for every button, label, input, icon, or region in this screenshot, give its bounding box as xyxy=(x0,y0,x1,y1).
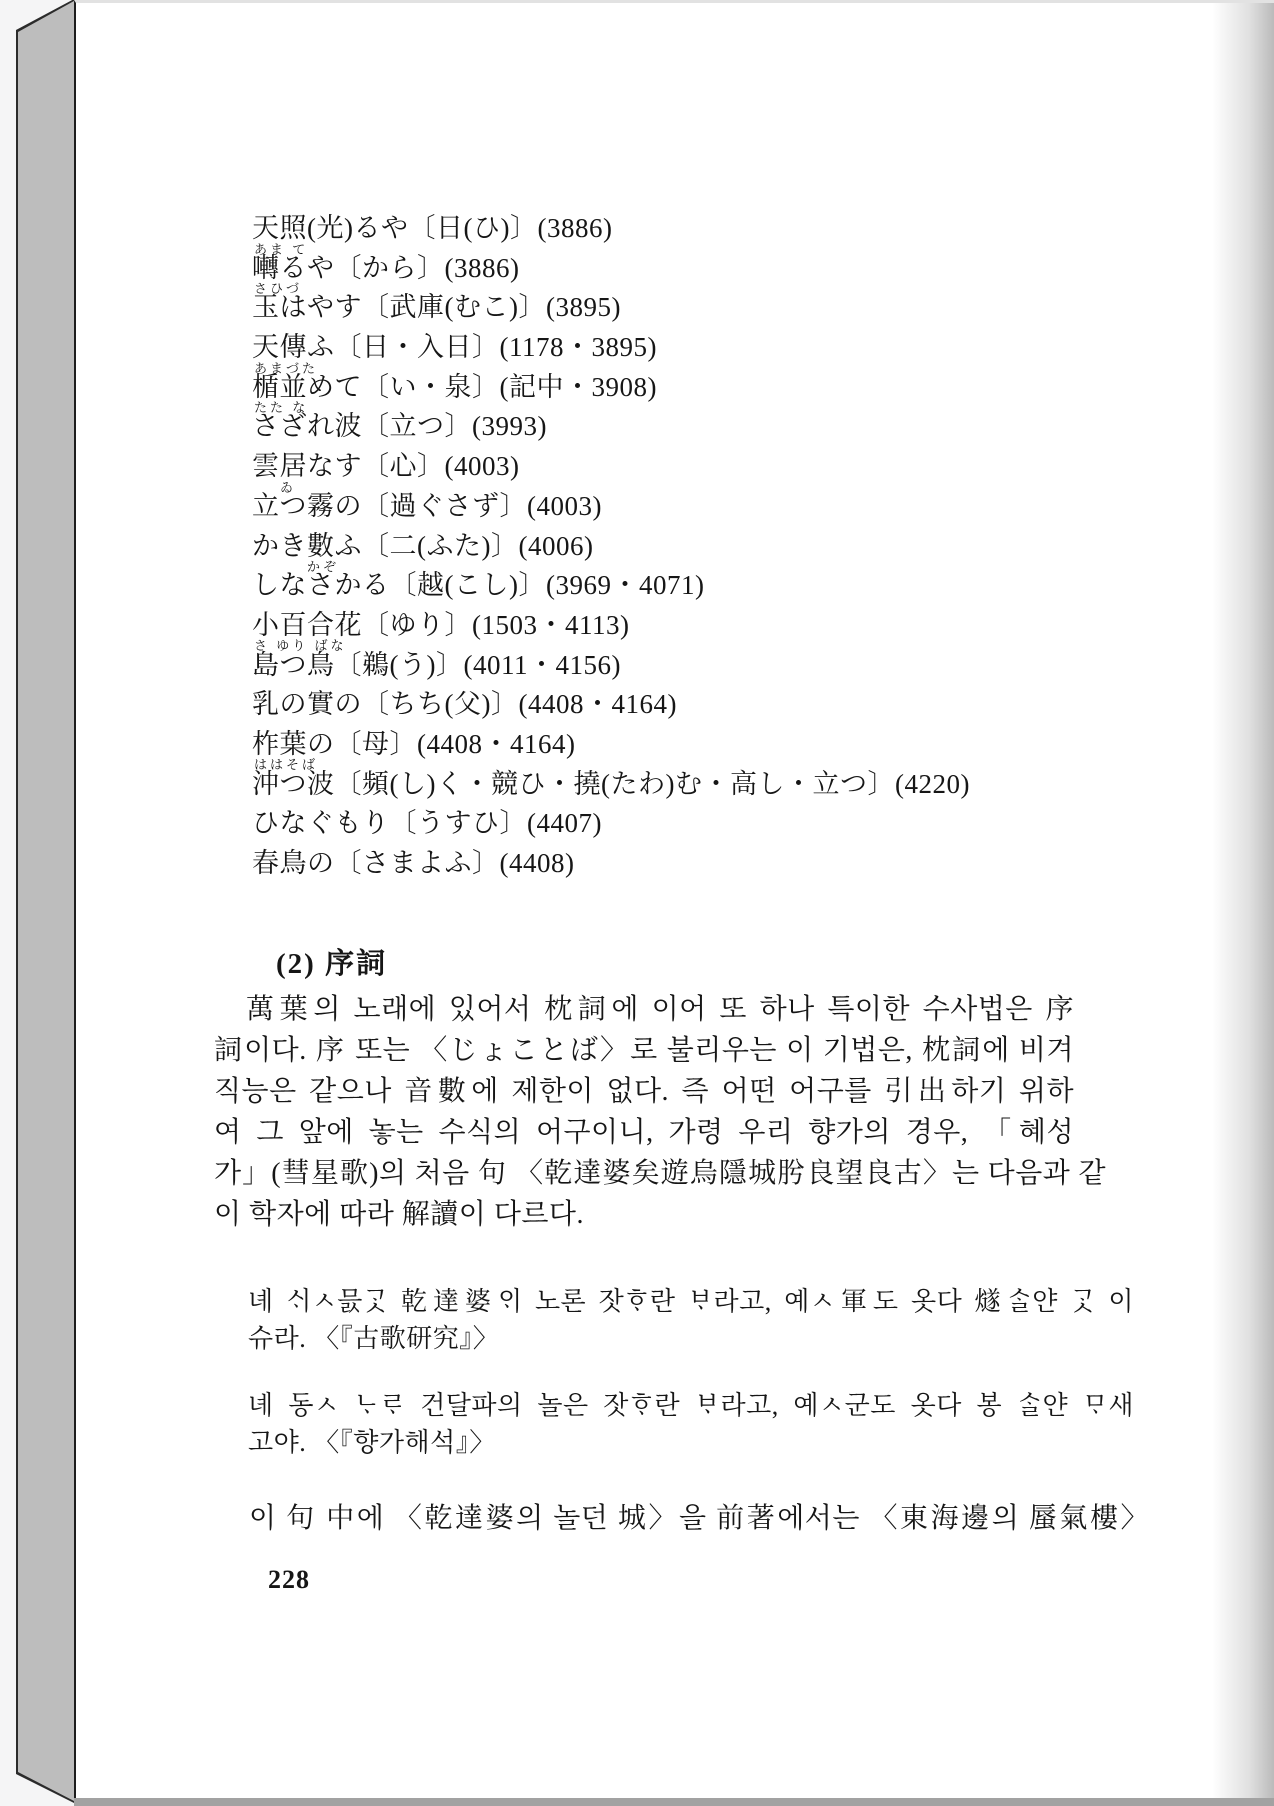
makurakotoba-entry: しなさかる〔越(こし)〕(3969・4071) xyxy=(252,572,970,612)
makurakotoba-entry: 乳の實の〔ちち(父)〕(4408・4164) xyxy=(252,691,970,731)
body-line: 詞이다. 序 또는 〈じょことば〉로 불리우는 이 기법은, 枕詞에 비겨 xyxy=(214,1030,1074,1071)
entry-text: 小百合花〔ゆり〕(1503・4113) xyxy=(252,610,629,640)
book-page-edge xyxy=(18,1,74,1801)
entry-text: かき數ふ〔二(ふた)〕(4006) xyxy=(252,531,593,561)
body-line: 직능은 같으나 音數에 제한이 없다. 즉 어떤 어구를 引出하기 위하 xyxy=(214,1071,1074,1112)
entry-text: 囀るや〔から〕(3886) xyxy=(252,253,519,283)
body-line: 萬葉의 노래에 있어서 枕詞에 이어 또 하나 특이한 수사법은 序 xyxy=(214,989,1074,1030)
scanned-book-page: 天照(光)るや〔日(ひ)〕(3886) あま て 囀るや〔から〕(3886) さ… xyxy=(74,0,1274,1798)
entry-text: しなさかる〔越(こし)〕(3969・4071) xyxy=(252,570,704,600)
makurakotoba-entry: 玉はやす〔武庫(むこ)〕(3895) xyxy=(252,294,970,334)
quote-line: 고야. 〈『향가해석』〉 xyxy=(248,1424,1134,1461)
entry-text: 玉はやす〔武庫(むこ)〕(3895) xyxy=(252,292,621,322)
entry-text: 春鳥の〔さまよふ〕(4408) xyxy=(252,848,574,878)
page-right-edge-shade xyxy=(1212,3,1274,1798)
page-bottom-edge xyxy=(74,1798,1274,1806)
makurakotoba-list: 天照(光)るや〔日(ひ)〕(3886) あま て 囀るや〔から〕(3886) さ… xyxy=(252,215,970,890)
entry-text: 立つ霧の〔過ぐさず〕(4003) xyxy=(252,491,602,521)
entry-text: 乳の實の〔ちち(父)〕(4408・4164) xyxy=(252,689,677,719)
entry-text: 柞葉の〔母〕(4408・4164) xyxy=(252,729,575,759)
body-line: 이 학자에 따라 解讀이 다르다. xyxy=(214,1194,1074,1235)
makurakotoba-entry: かき數ふ〔二(ふた)〕(4006) かぞ xyxy=(252,533,970,573)
body-line: 여 그 앞에 놓는 수식의 어구이니, 가령 우리 향가의 경우, 「혜성 xyxy=(214,1112,1074,1153)
closing-line: 이 句 中에 〈乾達婆의 놀던 城〉을 前著에서는 〈東海邊의 蜃氣樓〉 xyxy=(249,1499,1149,1539)
page-number: 228 xyxy=(268,1565,310,1595)
quote-hyanggahaeseok: 녜 동ㅅ ᄂᆞᄅᆞ 건달파의 놀은 잣ᄒᆞ란 ᄇᆞ라고, 예ㅅ군도 옷다 봉 ᄉ… xyxy=(248,1387,1134,1461)
makurakotoba-entry: 沖つ波〔頻(し)く・競ひ・撓(たわ)む・高し・立つ〕(4220) xyxy=(252,771,970,811)
makurakotoba-entry: 柞葉の〔母〕(4408・4164) ははそば xyxy=(252,731,970,771)
makurakotoba-entry: ひなぐもり〔うすひ〕(4407) xyxy=(252,810,970,850)
makurakotoba-entry: 立つ霧の〔過ぐさず〕(4003) xyxy=(252,493,970,533)
makurakotoba-entry: 雲居なす〔心〕(4003) ゐ xyxy=(252,453,970,493)
makurakotoba-entry: 楯並めて〔い・泉〕(記中・3908) たた な xyxy=(252,374,970,414)
entry-text: 雲居なす〔心〕(4003) xyxy=(252,451,519,481)
makurakotoba-entry: さざれ波〔立つ〕(3993) xyxy=(252,413,970,453)
makurakotoba-entry: 天傳ふ〔日・入日〕(1178・3895) あまづた xyxy=(252,334,970,374)
makurakotoba-entry: 小百合花〔ゆり〕(1503・4113) さ ゆり ばな xyxy=(252,612,970,652)
entry-text: 沖つ波〔頻(し)く・競ひ・撓(たわ)む・高し・立つ〕(4220) xyxy=(252,769,970,799)
entry-text: 楯並めて〔い・泉〕(記中・3908) xyxy=(252,372,657,402)
quote-line: 녜 ᄉᆡㅅ믌ᄀᆞᆺ 乾達婆ᄋᆡ 노론 잣ᄒᆞ란 ᄇᆞ라고, 예ㅅ軍도 옷다 燧ᄉ… xyxy=(248,1283,1134,1320)
entry-text: 島つ鳥〔鵜(う)〕(4011・4156) xyxy=(252,650,621,680)
entry-text: 天傳ふ〔日・入日〕(1178・3895) xyxy=(252,332,657,362)
makurakotoba-entry: 囀るや〔から〕(3886) さひづ xyxy=(252,255,970,295)
body-paragraph: 萬葉의 노래에 있어서 枕詞에 이어 또 하나 특이한 수사법은 序 詞이다. … xyxy=(214,989,1074,1235)
entry-text: さざれ波〔立つ〕(3993) xyxy=(252,411,547,441)
section-heading: (2) 序詞 xyxy=(276,941,387,982)
quote-line: 녜 동ㅅ ᄂᆞᄅᆞ 건달파의 놀은 잣ᄒᆞ란 ᄇᆞ라고, 예ㅅ군도 옷다 봉 ᄉ… xyxy=(248,1387,1134,1424)
entry-text: ひなぐもり〔うすひ〕(4407) xyxy=(252,808,602,838)
makurakotoba-entry: 島つ鳥〔鵜(う)〕(4011・4156) xyxy=(252,652,970,692)
body-line: 가」(彗星歌)의 처음 句 〈乾達婆矣遊烏隱城肹良望良古〉는 다음과 같 xyxy=(214,1153,1106,1194)
makurakotoba-entry: 天照(光)るや〔日(ひ)〕(3886) あま て xyxy=(252,215,970,255)
makurakotoba-entry: 春鳥の〔さまよふ〕(4408) xyxy=(252,850,970,890)
quote-line: 슈라. 〈『古歌研究』〉 xyxy=(248,1320,1134,1357)
quote-kogayeongu: 녜 ᄉᆡㅅ믌ᄀᆞᆺ 乾達婆ᄋᆡ 노론 잣ᄒᆞ란 ᄇᆞ라고, 예ㅅ軍도 옷다 燧ᄉ… xyxy=(248,1283,1134,1357)
entry-text: 天照(光)るや〔日(ひ)〕(3886) xyxy=(252,213,612,243)
